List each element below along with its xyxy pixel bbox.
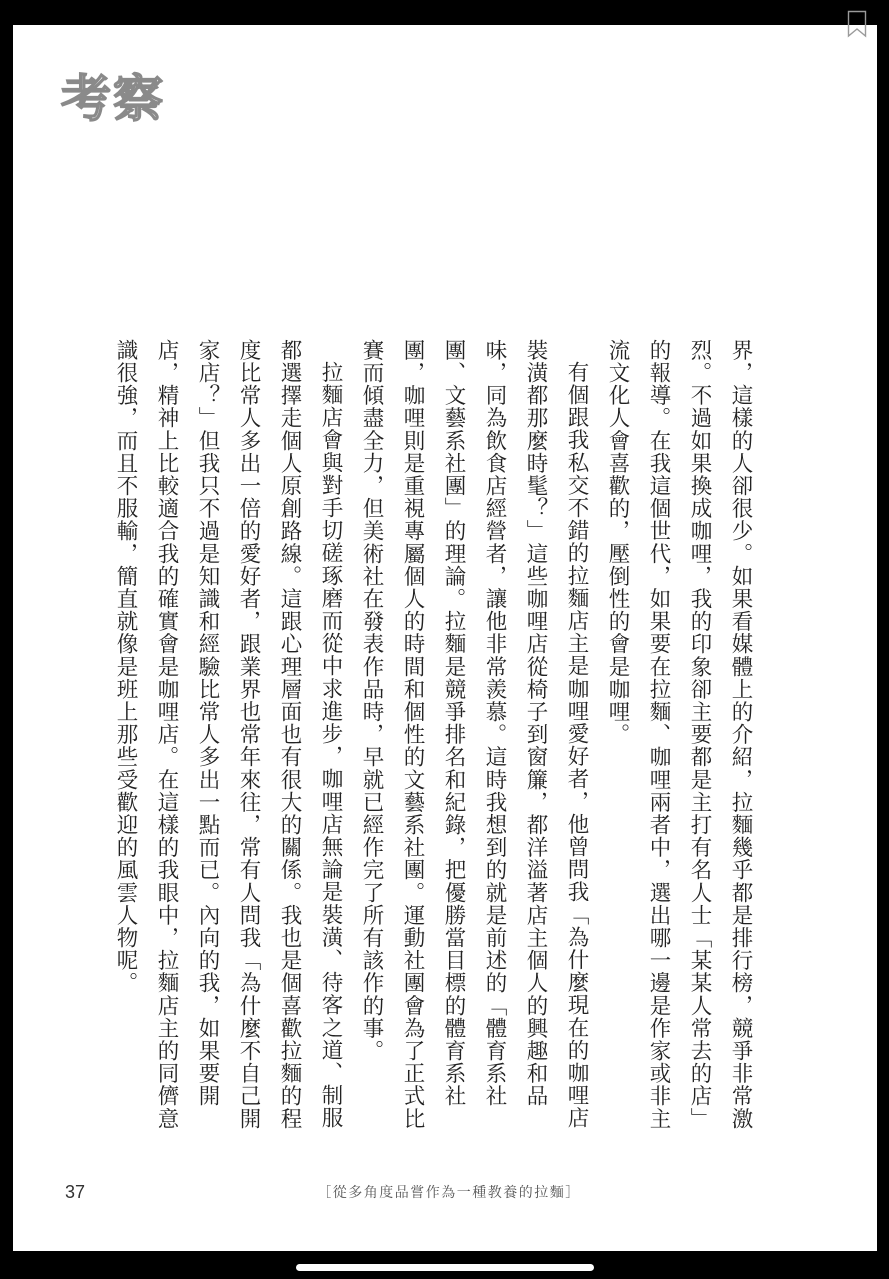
section-title: 考察 — [61, 71, 165, 127]
vertical-body-text: 界，這樣的人卻很少。如果看媒體上的介紹，拉麵幾乎都是排行榜，競爭非常激烈。不過如… — [105, 339, 761, 1139]
book-page[interactable]: 考察 界，這樣的人卻很少。如果看媒體上的介紹，拉麵幾乎都是排行榜，競爭非常激烈。… — [13, 25, 877, 1251]
paragraph-3: 拉麵店會與對手切磋琢磨而從中求進步，咖哩店無論是裝潢、待客之道、制服都選擇走個人… — [105, 339, 351, 1139]
bookmark-icon[interactable] — [847, 10, 867, 38]
home-indicator-bar[interactable] — [296, 1264, 594, 1271]
running-title: ［從多角度品嘗作為一種教養的拉麵］ — [309, 1182, 589, 1202]
paragraph-1: 界，這樣的人卻很少。如果看媒體上的介紹，拉麵幾乎都是排行榜，競爭非常激烈。不過如… — [597, 339, 761, 1139]
paragraph-2: 有個跟我私交不錯的拉麵店主是咖哩愛好者，他曾問我「為什麼現在的咖哩店裝潢都那麼時… — [351, 339, 597, 1139]
page-number: 37 — [65, 1182, 85, 1203]
bookmark-outline-icon — [847, 10, 867, 38]
